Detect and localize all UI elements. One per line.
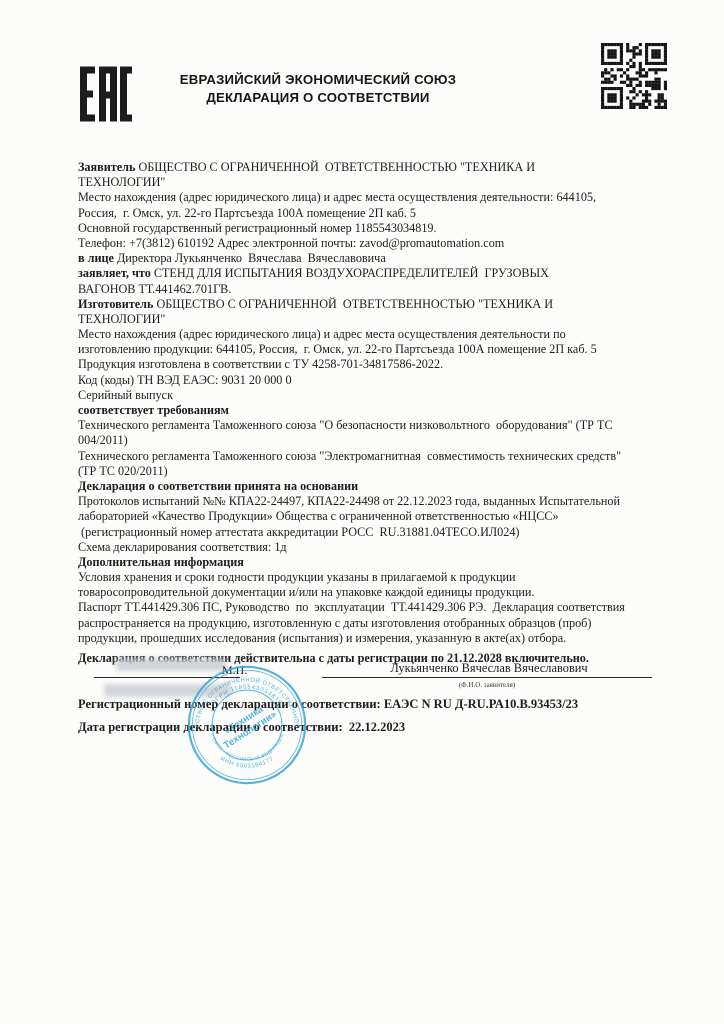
body-line-28: Условия хранения и сроки годности продук… xyxy=(78,570,668,585)
body-line-17: соответствует требованиям xyxy=(78,403,668,418)
body-line-15: Код (коды) ТН ВЭД ЕАЭС: 9031 20 000 0 xyxy=(78,373,668,388)
body-line-22: Декларация о соответствии принята на осн… xyxy=(78,479,668,494)
body-line-10: Изготовитель ОБЩЕСТВО С ОГРАНИЧЕННОЙ ОТВ… xyxy=(78,297,668,312)
body-line-27: Дополнительная информация xyxy=(78,555,668,570)
body-line-20: Технического регламента Таможенного союз… xyxy=(78,449,668,464)
body-line-12: Место нахождения (адрес юридического лиц… xyxy=(78,327,668,342)
company-stamp: ОБЩЕСТВО С ОГРАНИЧЕННОЙ ОТВЕТСТВЕННОСТЬЮ… xyxy=(184,662,310,788)
body-line-24: лабораторией «Качество Продукции» Общест… xyxy=(78,509,668,524)
body-line-2: ТЕХНОЛОГИИ" xyxy=(78,175,668,190)
body-line-31: распространяется на продукцию, изготовле… xyxy=(78,616,668,631)
body-line-11: ТЕХНОЛОГИИ" xyxy=(78,312,668,327)
body-line-18: Технического регламента Таможенного союз… xyxy=(78,418,668,433)
document-title-line2: ДЕКЛАРАЦИЯ О СООТВЕТСТВИИ xyxy=(120,89,516,107)
declaration-document: ЕВРАЗИЙСКИЙ ЭКОНОМИЧЕСКИЙ СОЮЗ ДЕКЛАРАЦИ… xyxy=(0,0,724,1024)
body-line-29: товаросопроводительной документации и/ил… xyxy=(78,585,668,600)
body-line-6: Телефон: +7(3812) 610192 Адрес электронн… xyxy=(78,236,668,251)
body-line-5: Основной государственный регистрационный… xyxy=(78,221,668,236)
body-line-13: изготовлению продукции: 644105, Россия, … xyxy=(78,342,668,357)
registration-number-line: Регистрационный номер декларации о соотв… xyxy=(78,697,578,712)
body-line-1: Заявитель ОБЩЕСТВО С ОГРАНИЧЕННОЙ ОТВЕТС… xyxy=(78,160,668,175)
body-line-21: (ТР ТС 020/2011) xyxy=(78,464,668,479)
document-title-line1: ЕВРАЗИЙСКИЙ ЭКОНОМИЧЕСКИЙ СОЮЗ xyxy=(120,71,516,89)
body-line-32: продукции, прошедших исследования (испыт… xyxy=(78,631,668,646)
body-line-16: Серийный выпуск xyxy=(78,388,668,403)
body-line-19: 004/2011) xyxy=(78,433,668,448)
body-line-7: в лице Директора Лукьянченко Вячеслава В… xyxy=(78,251,668,266)
signature-line-right xyxy=(322,677,652,678)
applicant-name: Лукьянченко Вячеслав Вячеславович xyxy=(330,661,648,676)
body-line-30: Паспорт ТТ.441429.306 ПС, Руководство по… xyxy=(78,600,668,615)
body-line-26: Схема декларирования соответствия: 1д xyxy=(78,540,668,555)
fio-caption: (Ф.И.О. заявителя) xyxy=(322,681,652,689)
document-body: Заявитель ОБЩЕСТВО С ОГРАНИЧЕННОЙ ОТВЕТС… xyxy=(78,160,668,666)
qr-code xyxy=(599,43,669,109)
body-line-4: Россия, г. Омск, ул. 22-го Партсъезда 10… xyxy=(78,206,668,221)
body-line-8: заявляет, что СТЕНД ДЛЯ ИСПЫТАНИЯ ВОЗДУХ… xyxy=(78,266,668,281)
body-line-9: ВАГОНОВ ТТ.441462.701ГВ. xyxy=(78,282,668,297)
document-title: ЕВРАЗИЙСКИЙ ЭКОНОМИЧЕСКИЙ СОЮЗ ДЕКЛАРАЦИ… xyxy=(120,71,516,106)
body-line-14: Продукция изготовлена в соответствии с Т… xyxy=(78,357,668,372)
body-line-23: Протоколов испытаний №№ КПА22-24497, КПА… xyxy=(78,494,668,509)
body-line-3: Место нахождения (адрес юридического лиц… xyxy=(78,190,668,205)
body-line-25: (регистрационный номер аттестата аккреди… xyxy=(78,525,668,540)
